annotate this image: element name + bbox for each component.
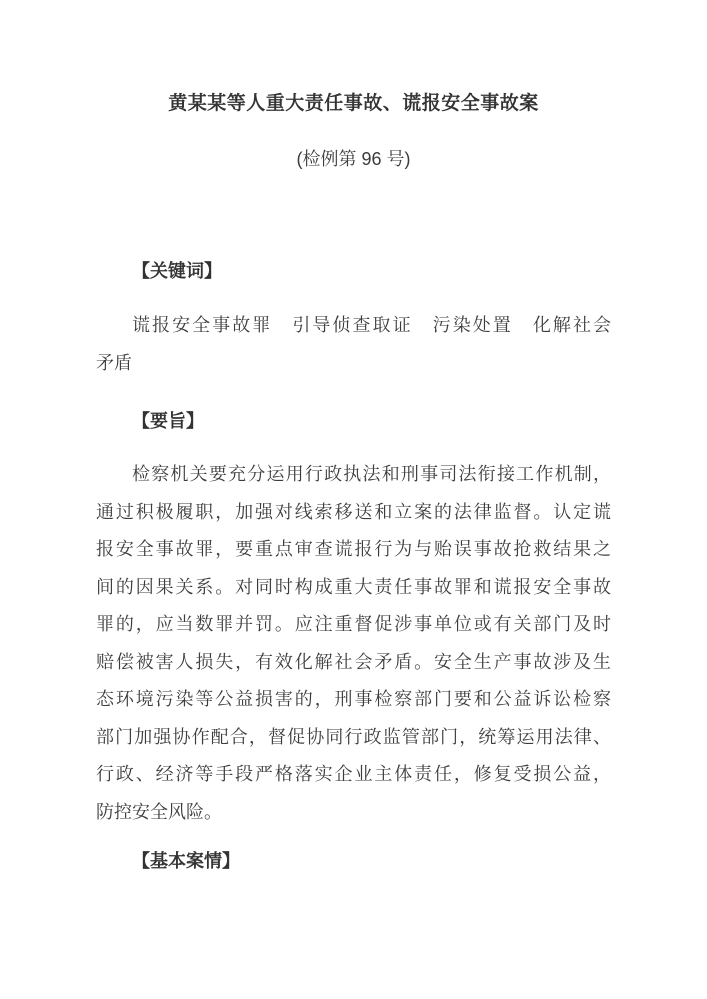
text-line: 报安全事故罪，要重点审查谎报行为与贻误事故抢救结果之 xyxy=(96,531,611,569)
summary-paragraph: 检察机关要充分运用行政执法和刑事司法衔接工作机制，通过积极履职，加强对线索移送和… xyxy=(96,456,611,831)
text-line: 行政、经济等手段严格落实企业主体责任，修复受损公益， xyxy=(96,756,611,794)
text-line: 赔偿被害人损失，有效化解社会矛盾。安全生产事故涉及生 xyxy=(96,644,611,682)
text-line: 间的因果关系。对同时构成重大责任事故罪和谎报安全事故 xyxy=(96,569,611,607)
section-heading-summary: 【要旨】 xyxy=(96,407,611,435)
section-heading-keywords: 【关键词】 xyxy=(96,257,611,285)
text-line: 矛盾 xyxy=(96,345,611,383)
text-line: 谎报安全事故罪 引导侦查取证 污染处置 化解社会 xyxy=(96,307,611,345)
text-line: 通过积极履职，加强对线索移送和立案的法律监督。认定谎 xyxy=(96,494,611,532)
keywords-paragraph: 谎报安全事故罪 引导侦查取证 污染处置 化解社会矛盾 xyxy=(96,307,611,382)
text-line: 罪的，应当数罪并罚。应注重督促涉事单位或有关部门及时 xyxy=(96,606,611,644)
text-line: 防控安全风险。 xyxy=(96,794,611,832)
text-line: 部门加强协作配合，督促协同行政监管部门，统筹运用法律、 xyxy=(96,719,611,757)
text-line: 态环境污染等公益损害的，刑事检察部门要和公益诉讼检察 xyxy=(96,681,611,719)
section-heading-basic-facts: 【基本案情】 xyxy=(96,847,611,875)
document-title: 黄某某等人重大责任事故、谎报安全事故案 xyxy=(96,89,611,119)
case-number: (检例第 96 号) xyxy=(96,144,611,174)
text-line: 检察机关要充分运用行政执法和刑事司法衔接工作机制， xyxy=(96,456,611,494)
document-page: 黄某某等人重大责任事故、谎报安全事故案 (检例第 96 号) 【关键词】 谎报安… xyxy=(0,0,707,999)
